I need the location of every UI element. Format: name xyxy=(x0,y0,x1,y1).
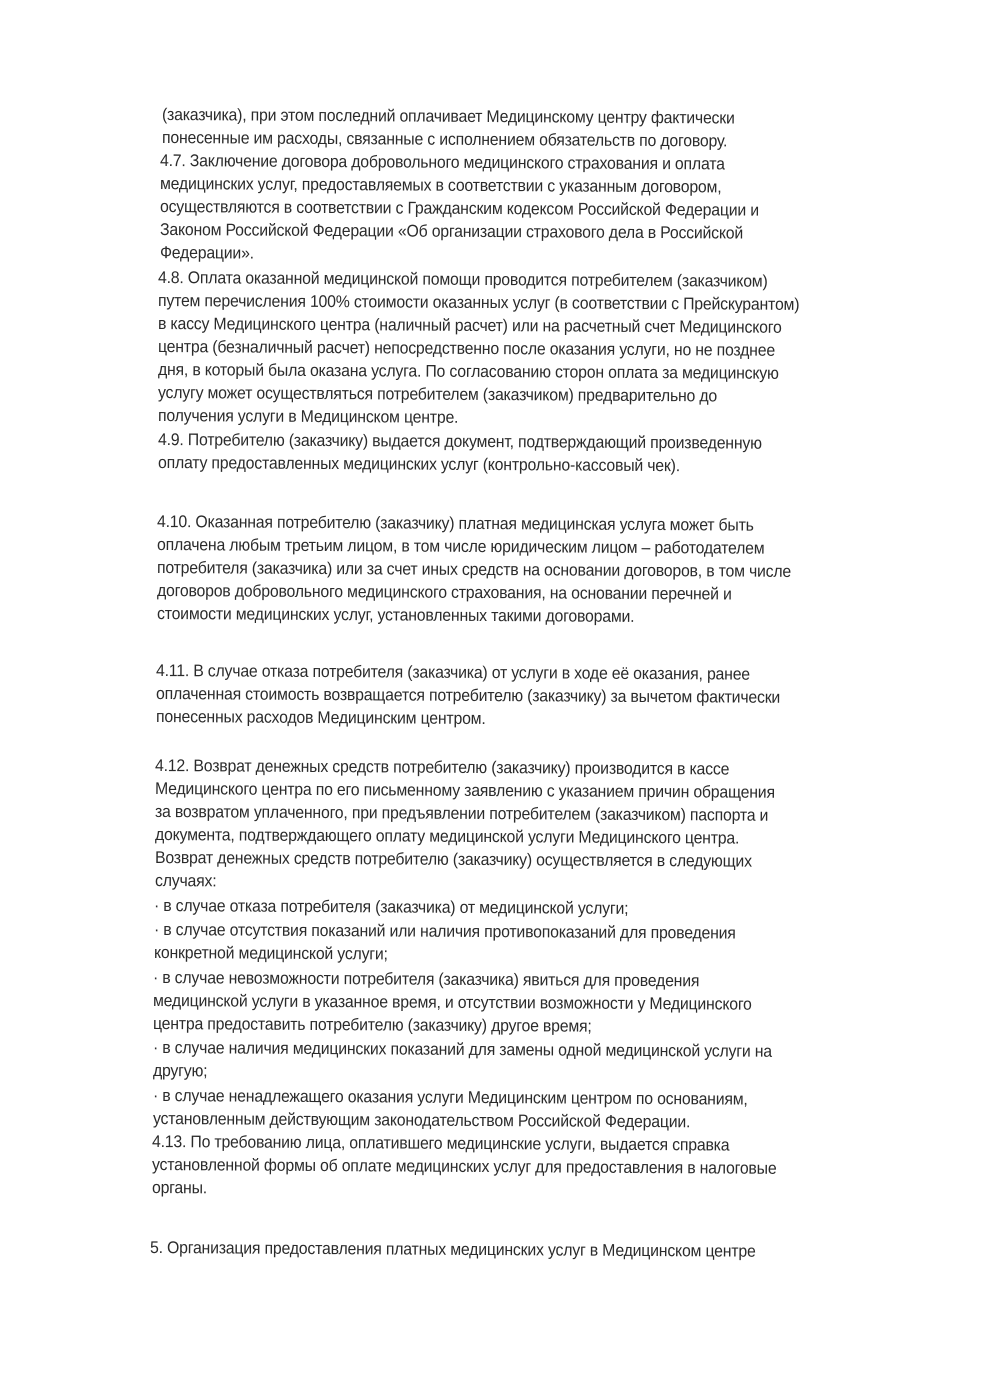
text-line: случаях: xyxy=(155,870,217,892)
text-line: получения услуги в Медицинском центре. xyxy=(158,405,458,429)
text-line: Медицинского центра по его письменному з… xyxy=(155,778,775,804)
text-line: услугу может осуществляться потребителем… xyxy=(158,382,717,407)
text-line: в кассу Медицинского центра (наличный ра… xyxy=(158,313,782,339)
list-item: · в случае невозможности потребителя (за… xyxy=(153,967,699,992)
text-line: медицинских услуг, предоставляемых в соо… xyxy=(160,173,722,198)
text-line: путем перечисления 100% стоимости оказан… xyxy=(158,290,799,316)
text-line: Законом Российской Федерации «Об организ… xyxy=(160,219,743,245)
list-item: · в случае ненадлежащего оказания услуги… xyxy=(153,1085,748,1111)
text-line: договоров добровольного медицинского стр… xyxy=(157,580,732,606)
text-line: конкретной медицинской услуги; xyxy=(154,942,388,965)
text-line: Возврат денежных средств потребителю (за… xyxy=(155,847,752,873)
paragraph-4-12: 4.12. Возврат денежных средств потребите… xyxy=(155,755,729,781)
text-line: установленным действующим законодательст… xyxy=(153,1108,690,1133)
text-line: документа, подтверждающего оплату медици… xyxy=(155,824,739,850)
text-line: понесенные им расходы, связанные с испол… xyxy=(162,127,727,152)
paragraph-4-10: 4.10. Оказанная потребителю (заказчику) … xyxy=(157,511,754,537)
list-item: · в случае отказа потребителя (заказчика… xyxy=(154,895,629,920)
list-item: · в случае наличия медицинских показаний… xyxy=(153,1037,772,1063)
text-line: дня, в который была оказана услуга. По с… xyxy=(158,359,779,385)
text-line: центра предоставить потребителю (заказчи… xyxy=(153,1013,592,1038)
section-5-heading: 5. Организация предоставления платных ме… xyxy=(150,1237,756,1263)
text-line: установленной формы об оплате медицински… xyxy=(152,1154,777,1180)
text-line: потребителя (заказчика) или за счет иных… xyxy=(157,557,791,583)
list-item: · в случае отсутствия показаний или нали… xyxy=(154,919,736,945)
text-line: медицинской услуги в указанное время, и … xyxy=(153,990,752,1016)
paragraph-4-13: 4.13. По требованию лица, оплатившего ме… xyxy=(152,1131,730,1157)
text-line: оплаченная стоимость возвращается потреб… xyxy=(156,683,780,709)
paragraph-4-7: 4.7. Заключение договора добровольного м… xyxy=(160,150,725,175)
text-line: за возвратом уплаченного, при предъявлен… xyxy=(155,801,768,827)
text-line: органы. xyxy=(152,1177,207,1199)
paragraph-4-8: 4.8. Оплата оказанной медицинской помощи… xyxy=(158,267,768,293)
text-line: оплачена любым третьим лицом, в том числ… xyxy=(157,534,765,560)
document-page: (заказчика), при этом последний оплачива… xyxy=(0,0,1000,1375)
text-line: осуществляются в соответствии с Гражданс… xyxy=(160,196,759,222)
paragraph-4-11: 4.11. В случае отказа потребителя (заказ… xyxy=(156,660,750,686)
text-line: (заказчика), при этом последний оплачива… xyxy=(162,104,735,129)
text-line: центра (безналичный расчет) непосредстве… xyxy=(158,336,775,362)
paragraph-4-9: 4.9. Потребителю (заказчику) выдается до… xyxy=(158,429,762,455)
text-line: понесенных расходов Медицинским центром. xyxy=(156,706,486,730)
text-line: стоимости медицинских услуг, установленн… xyxy=(157,603,635,628)
text-line: другую; xyxy=(153,1060,208,1082)
text-line: оплату предоставленных медицинских услуг… xyxy=(158,452,680,477)
text-line: Федерации». xyxy=(160,242,254,265)
